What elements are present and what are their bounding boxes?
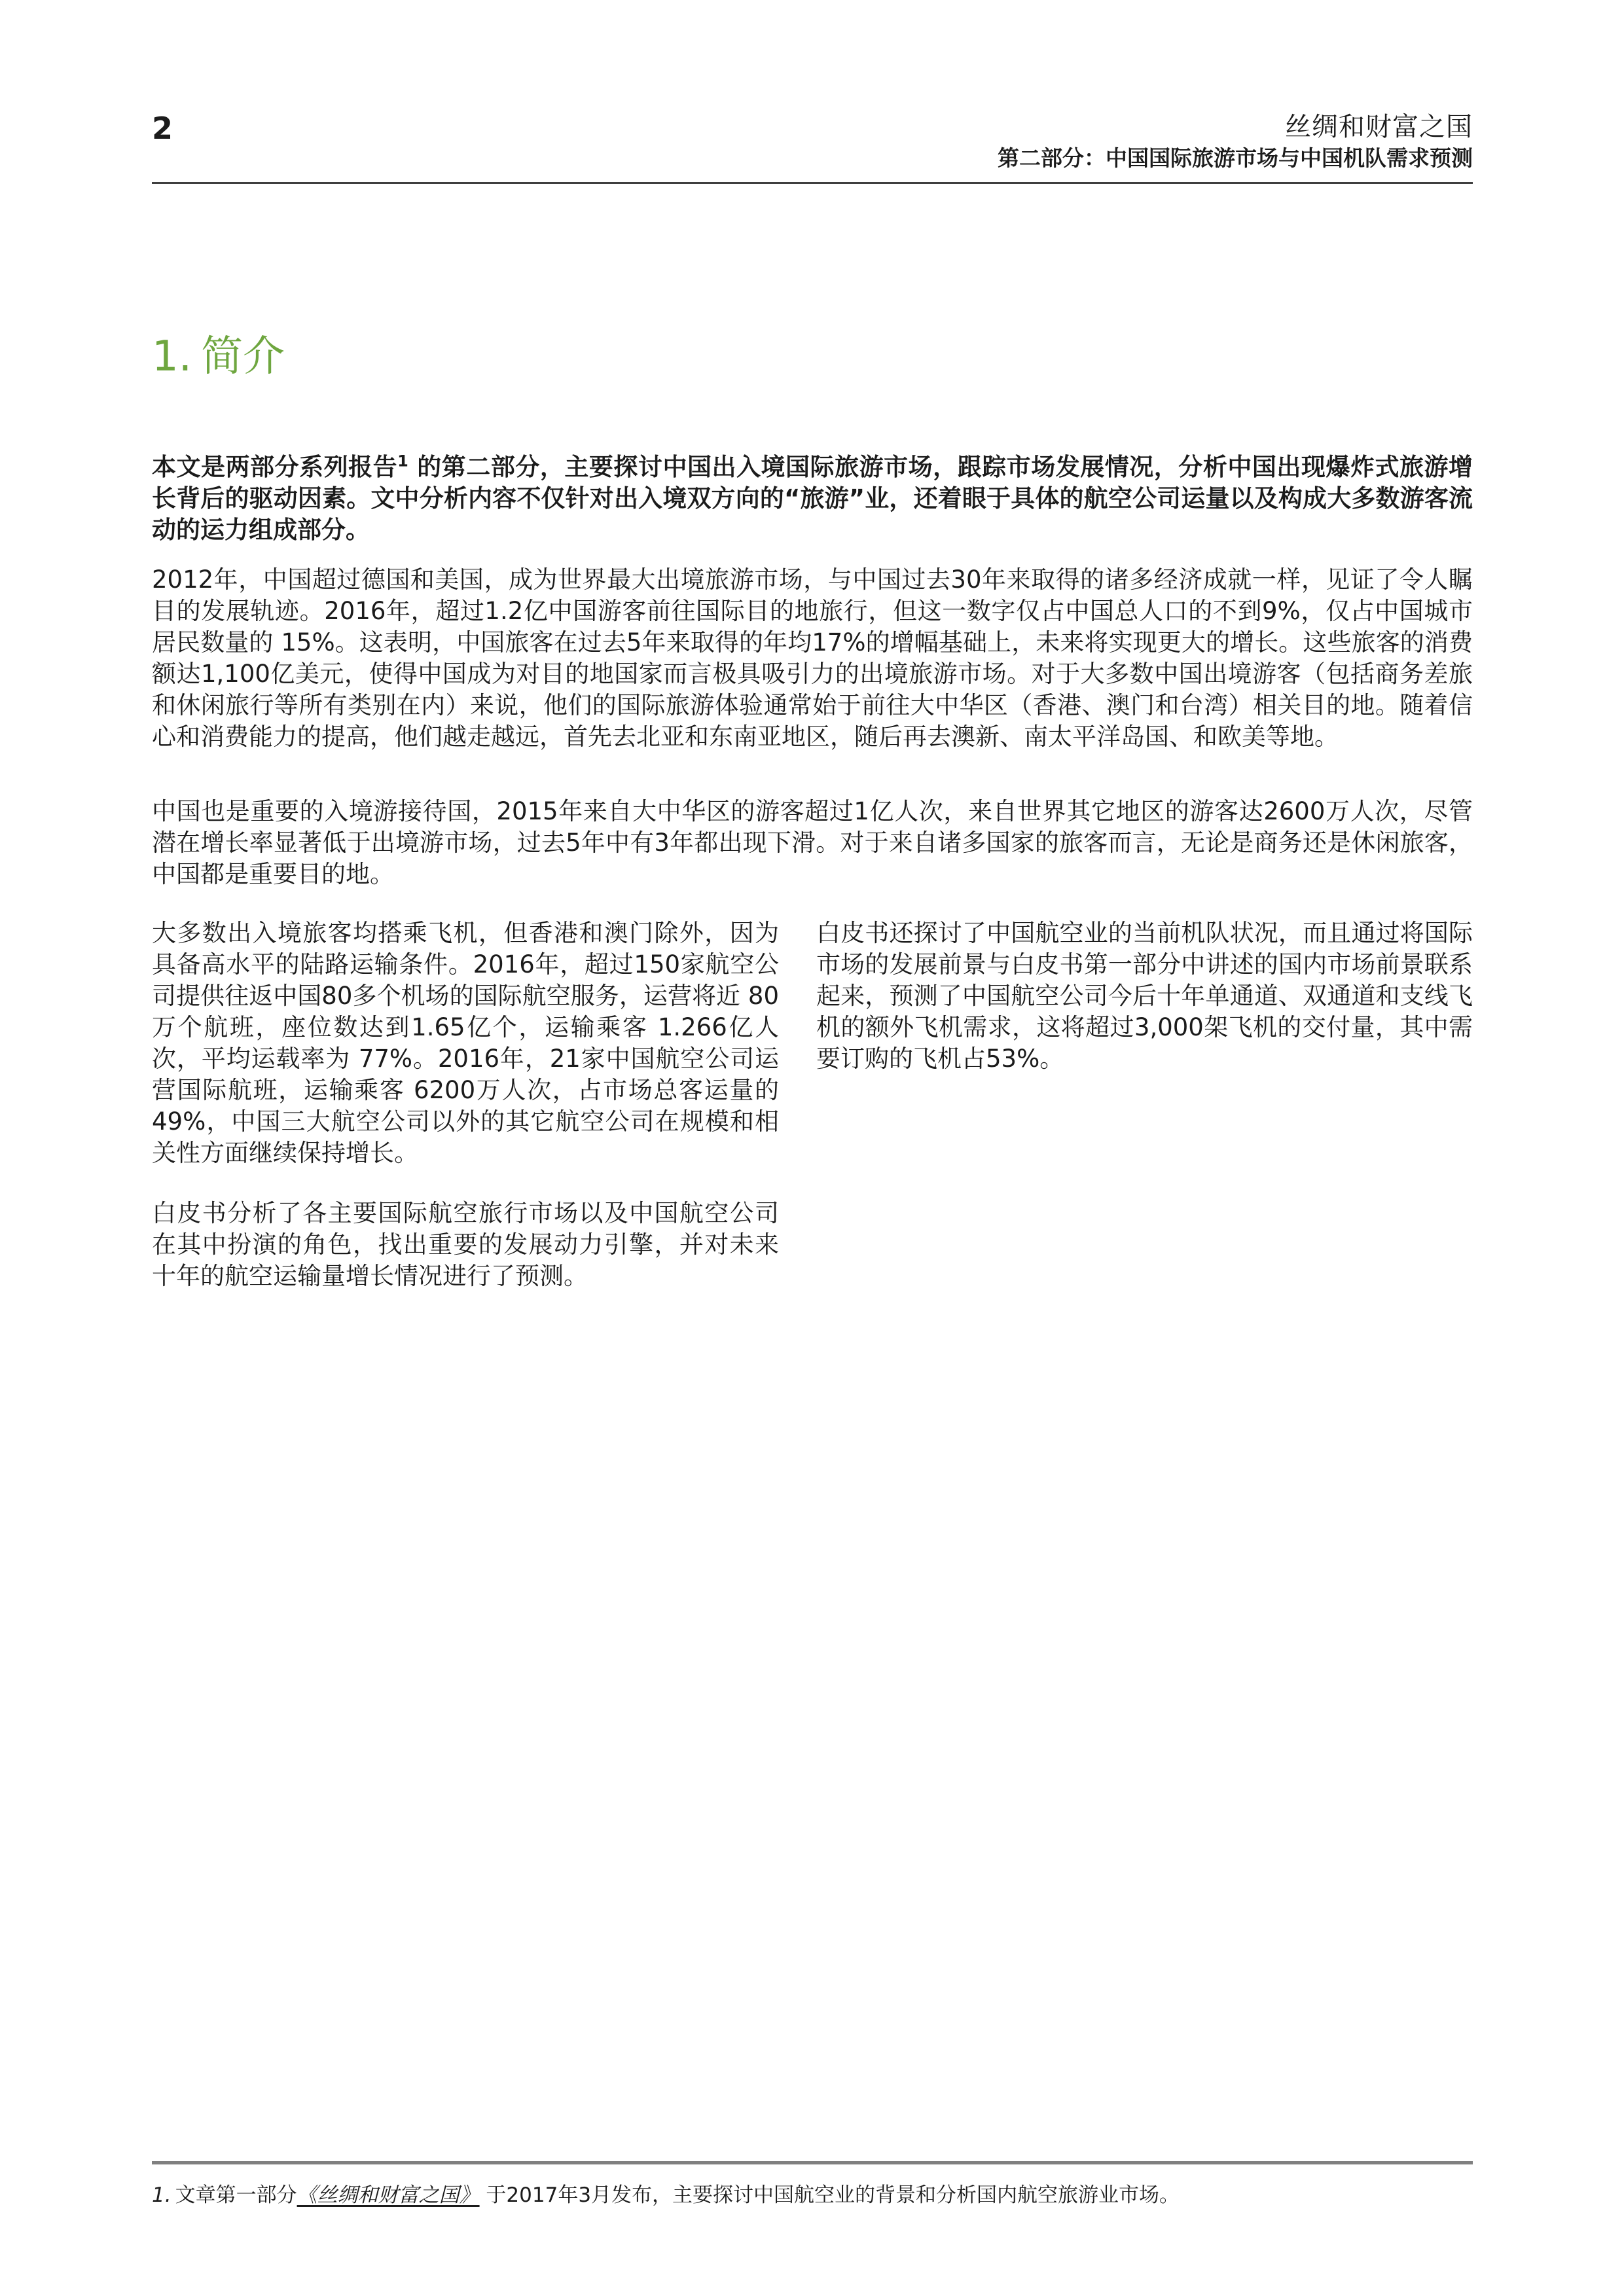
footnote-publication-title: 《丝绸和财富之国》: [297, 2183, 480, 2207]
intro-text-before-ref: 本文是两部分系列报告: [152, 453, 397, 481]
footer-divider: [152, 2161, 1473, 2164]
header-titles: 丝绸和财富之国 第二部分：中国国际旅游市场与中国机队需求预测: [998, 113, 1473, 171]
page-number: 2: [152, 113, 173, 144]
footnote-reference: 1: [397, 452, 408, 471]
report-subtitle: 第二部分：中国国际旅游市场与中国机队需求预测: [998, 145, 1473, 171]
left-column-paragraph-whitepaper-analysis: 白皮书分析了各主要国际航空旅行市场以及中国航空公司在其中扮演的角色，找出重要的发…: [152, 1198, 779, 1292]
section-number: 1.: [152, 332, 192, 381]
left-column-paragraph-air-travel: 大多数出入境旅客均搭乘飞机，但香港和澳门除外，因为具备高水平的陆路运输条件。20…: [152, 918, 779, 1169]
two-column-section: 大多数出入境旅客均搭乘飞机，但香港和澳门除外，因为具备高水平的陆路运输条件。20…: [152, 918, 1473, 1292]
section-heading: 1.简介: [152, 331, 1473, 383]
intro-paragraph: 本文是两部分系列报告1 的第二部分，主要探讨中国出入境国际旅游市场，跟踪市场发展…: [152, 452, 1473, 546]
left-column: 大多数出入境旅客均搭乘飞机，但香港和澳门除外，因为具备高水平的陆路运输条件。20…: [152, 918, 779, 1292]
footnote-number: 1.: [152, 2183, 171, 2207]
report-title: 丝绸和财富之国: [998, 113, 1473, 141]
paragraph-inbound-market: 中国也是重要的入境游接待国，2015年来自大中华区的游客超过1亿人次，来自世界其…: [152, 796, 1473, 890]
document-page: 2 丝绸和财富之国 第二部分：中国国际旅游市场与中国机队需求预测 1.简介 本文…: [0, 0, 1624, 2296]
paragraph-outbound-market: 2012年，中国超过德国和美国，成为世界最大出境旅游市场，与中国过去30年来取得…: [152, 564, 1473, 753]
page-header: 2 丝绸和财富之国 第二部分：中国国际旅游市场与中国机队需求预测: [152, 113, 1473, 184]
footnote-text-before-title: 文章第一部分: [175, 2183, 297, 2207]
section-title: 简介: [201, 332, 285, 381]
right-column-paragraph-fleet-forecast: 白皮书还探讨了中国航空业的当前机队状况，而且通过将国际市场的发展前景与白皮书第一…: [816, 918, 1473, 1075]
right-column: 白皮书还探讨了中国航空业的当前机队状况，而且通过将国际市场的发展前景与白皮书第一…: [816, 918, 1473, 1292]
footnote-text-after-title: 于2017年3月发布，主要探讨中国航空业的背景和分析国内航空旅游业市场。: [480, 2183, 1180, 2207]
footnote: 1.文章第一部分《丝绸和财富之国》 于2017年3月发布，主要探讨中国航空业的背…: [152, 2181, 1473, 2210]
